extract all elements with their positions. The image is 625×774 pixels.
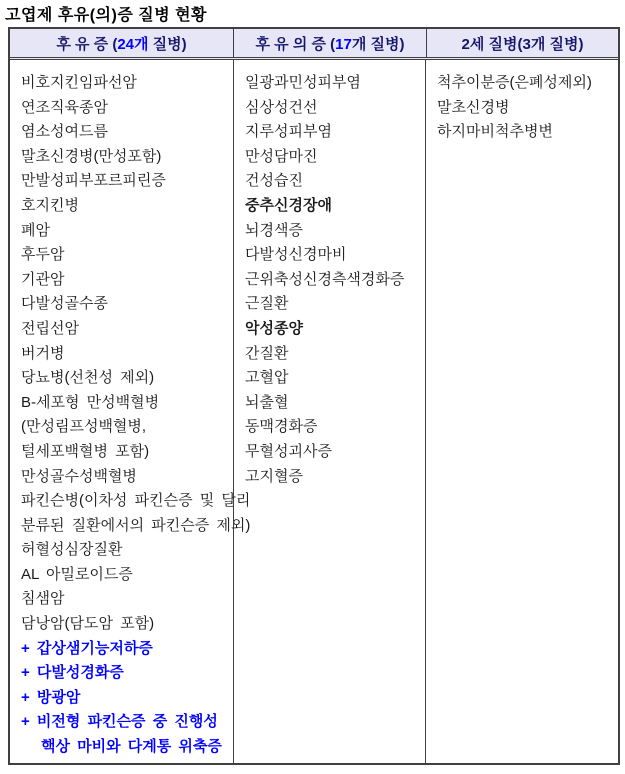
- disease-item: 다발성신경마비: [245, 243, 421, 268]
- disease-item: 침샘암: [21, 587, 229, 612]
- disease-item: 분류된 질환에서의 파킨슨증 제외): [21, 514, 229, 539]
- disease-item: 만성골수성백혈병: [21, 465, 229, 490]
- disease-item: 건성습진: [245, 169, 421, 194]
- disease-item: 지루성피부염: [245, 120, 421, 145]
- disease-item: 만발성피부포르피린증: [21, 169, 229, 194]
- disease-item: 무혈성괴사증: [245, 440, 421, 465]
- disease-item: 일광과민성피부염: [245, 71, 421, 96]
- disease-item: + 방광암: [21, 686, 229, 711]
- header-text: 개 질병): [352, 36, 405, 53]
- disease-item: 폐암: [21, 219, 229, 244]
- disease-item: 뇌출혈: [245, 391, 421, 416]
- column-sequelae: 비호지킨임파선암연조직육종암염소성여드름말초신경병(만성포함)만발성피부포르피린…: [10, 60, 233, 763]
- disease-item: 척추이분증(은폐성제외): [437, 71, 612, 96]
- disease-item: 간질환: [245, 342, 421, 367]
- disease-item: 말초신경병(만성포함): [21, 145, 229, 170]
- disease-item: 핵상 마비와 다계통 위축증: [21, 735, 229, 760]
- disease-item: 당뇨병(선천성 제외): [21, 366, 229, 391]
- disease-item: 말초신경병: [437, 96, 612, 121]
- disease-item: 만성담마진: [245, 145, 421, 170]
- header-cell-sequelae: 후 유 증 (24개 질병): [10, 29, 233, 57]
- disease-item: 호지킨병: [21, 194, 229, 219]
- disease-item: (만성림프성백혈병,: [21, 415, 229, 440]
- header-count: 17: [335, 36, 352, 53]
- disease-item: 기관암: [21, 268, 229, 293]
- header-cell-suspected-sequelae: 후 유 의 증 (17개 질병): [233, 29, 426, 57]
- disease-item: 허혈성심장질환: [21, 538, 229, 563]
- disease-item: 악성종양: [245, 317, 421, 342]
- disease-item: 비호지킨임파선암: [21, 71, 229, 96]
- column-suspected-sequelae: 일광과민성피부염심상성건선지루성피부염만성담마진건성습진중추신경장애뇌경색증다발…: [233, 60, 425, 763]
- disease-item: AL 아밀로이드증: [21, 563, 229, 588]
- header-text: 질병): [149, 36, 187, 53]
- header-text: 2세 질병(3개 질병): [462, 36, 584, 53]
- table-body: 비호지킨임파선암연조직육종암염소성여드름말초신경병(만성포함)만발성피부포르피린…: [10, 60, 618, 763]
- disease-item: 버거병: [21, 342, 229, 367]
- disease-item: 고혈압: [245, 366, 421, 391]
- disease-item: 근질환: [245, 292, 421, 317]
- disease-item: 뇌경색증: [245, 219, 421, 244]
- disease-item: 중추신경장애: [245, 194, 421, 219]
- page-title: 고엽제 후유(의)증 질병 현황: [5, 2, 207, 25]
- disease-item: 파킨슨병(이차성 파킨슨증 및 달리: [21, 489, 229, 514]
- disease-item: 다발성골수종: [21, 292, 229, 317]
- diseases-table: 후 유 증 (24개 질병) 후 유 의 증 (17개 질병) 2세 질병(3개…: [8, 27, 620, 765]
- disease-item: 담낭암(담도암 포함): [21, 612, 229, 637]
- document-page: 고엽제 후유(의)증 질병 현황 후 유 증 (24개 질병) 후 유 의 증 …: [0, 0, 625, 774]
- disease-item: 하지마비척추병변: [437, 120, 612, 145]
- disease-item: + 다발성경화증: [21, 661, 229, 686]
- disease-item: 전립선암: [21, 317, 229, 342]
- column-second-generation: 척추이분증(은폐성제외)말초신경병하지마비척추병변: [425, 60, 616, 763]
- disease-item: 후두암: [21, 243, 229, 268]
- header-text: 후 유 의 증 (: [256, 36, 336, 53]
- header-text: 후 유 증 (: [56, 36, 117, 53]
- disease-item: B-세포형 만성백혈병: [21, 391, 229, 416]
- disease-item: 염소성여드름: [21, 120, 229, 145]
- disease-item: + 갑상샘기능저하증: [21, 637, 229, 662]
- disease-item: 심상성건선: [245, 96, 421, 121]
- disease-item: 고지혈증: [245, 465, 421, 490]
- header-count: 24개: [117, 36, 148, 53]
- disease-item: 근위축성신경측색경화증: [245, 268, 421, 293]
- disease-item: 털세포백혈병 포함): [21, 440, 229, 465]
- disease-item: 동맥경화증: [245, 415, 421, 440]
- header-cell-second-generation: 2세 질병(3개 질병): [426, 29, 618, 57]
- disease-item: + 비전형 파킨슨증 중 진행성: [21, 710, 229, 735]
- table-header-row: 후 유 증 (24개 질병) 후 유 의 증 (17개 질병) 2세 질병(3개…: [10, 29, 618, 60]
- disease-item: 연조직육종암: [21, 96, 229, 121]
